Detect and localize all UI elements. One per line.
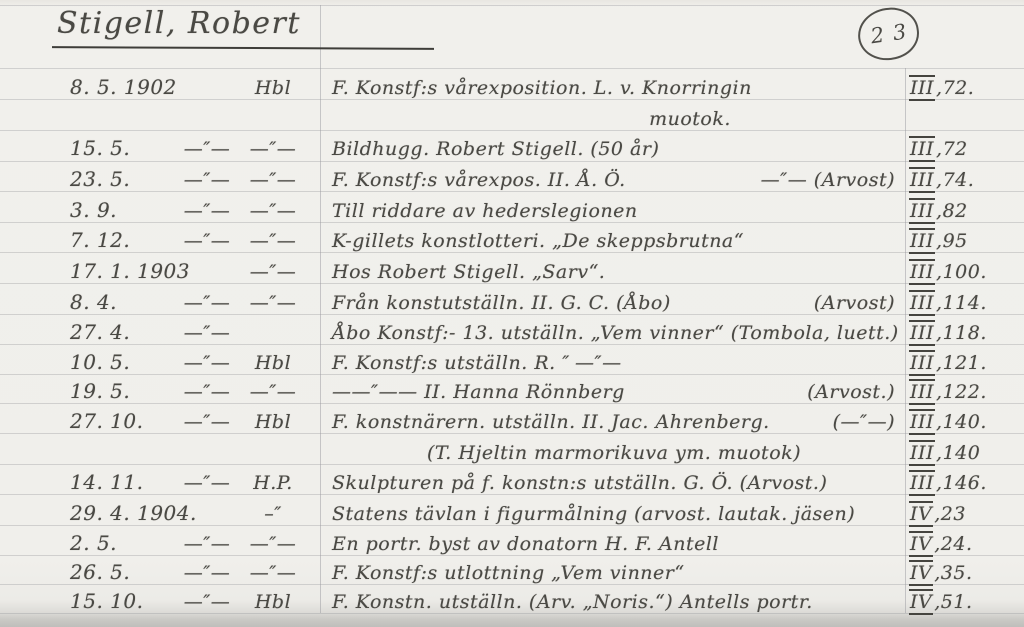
ledger-row: muotok. xyxy=(0,104,1024,131)
entry-reference: IV,24. xyxy=(909,533,973,555)
entry-date: 15. 10. xyxy=(70,589,143,613)
entry-year-ditto: —″— xyxy=(178,352,236,374)
entry-description: F. konstnärern. utställn. II. Jac. Ahren… xyxy=(332,411,770,433)
ledger-page: Stigell, Robert 23 8. 5. 1902HblF. Konst… xyxy=(0,0,1024,627)
entry-source: —″— xyxy=(237,381,309,403)
entry-ref-volume: III xyxy=(909,350,935,376)
entry-source: —″— xyxy=(237,292,309,314)
entry-ref-page: ,95 xyxy=(935,230,968,252)
entry-source: Hbl xyxy=(237,411,309,433)
entry-year-ditto: —″— xyxy=(178,200,236,222)
entry-ref-volume: III xyxy=(909,409,935,435)
page-number: 23 xyxy=(860,18,917,49)
ledger-row: (T. Hjeltin marmorikuva ym. muotok)III,1… xyxy=(0,438,1024,465)
entry-ref-volume: III xyxy=(909,136,935,162)
entry-description: F. Konstf:s vårexpos. II. Å. Ö. xyxy=(332,169,626,191)
entry-ref-page: ,23 xyxy=(933,503,966,525)
entry-ref-page: ,74. xyxy=(935,169,974,191)
entry-ref-page: ,114. xyxy=(935,292,987,314)
entry-date: 15. 5. xyxy=(70,136,130,160)
entry-ref-page: ,82 xyxy=(935,200,968,222)
entry-description: Hos Robert Stigell. „Sarv“. xyxy=(332,261,605,283)
ledger-row: 8. 5. 1902HblF. Konstf:s vårexposition. … xyxy=(0,73,1024,100)
entry-ref-page: ,122. xyxy=(935,381,987,403)
entry-description: K-gillets konstlotteri. „De skeppsbrutna… xyxy=(332,230,744,252)
entry-description: Skulpturen på f. konstn:s utställn. G. Ö… xyxy=(332,472,827,494)
entry-reference: IV,23 xyxy=(909,503,966,525)
entry-date: 27. 4. xyxy=(70,320,130,344)
entry-reference: III,122. xyxy=(909,381,987,403)
entry-date: 23. 5. xyxy=(70,167,130,191)
entry-ref-volume: III xyxy=(909,290,935,316)
entry-reference: IV,51. xyxy=(909,591,973,613)
entry-ref-volume: IV xyxy=(909,560,933,586)
entry-year-ditto: —″— xyxy=(178,138,236,160)
entry-reference: III,114. xyxy=(909,292,987,314)
entry-source: –″ xyxy=(237,503,309,525)
entry-ref-volume: III xyxy=(909,470,935,496)
entry-ref-volume: IV xyxy=(909,589,933,615)
title-underline xyxy=(52,46,434,50)
ledger-row: 27. 4.—″—Åbo Konstf:- 13. utställn. „Vem… xyxy=(0,318,1024,345)
entry-ref-page: ,118. xyxy=(935,322,987,344)
entry-description: F. Konstf:s vårexposition. L. v. Knorrin… xyxy=(332,77,752,99)
entry-year-ditto: —″— xyxy=(178,381,236,403)
entry-ref-page: ,140 xyxy=(935,442,980,464)
entry-description: F. Konstn. utställn. (Arv. „Noris.“) Ant… xyxy=(332,591,813,613)
ledger-row: 26. 5.—″——″—F. Konstf:s utlottning „Vem … xyxy=(0,558,1024,585)
entry-description: (T. Hjeltin marmorikuva ym. muotok) xyxy=(427,442,801,464)
ledger-row: 27. 10.—″—HblF. konstnärern. utställn. I… xyxy=(0,407,1024,434)
entry-date: 8. 4. xyxy=(70,290,117,314)
entry-date: 27. 10. xyxy=(70,409,143,433)
entry-source: Hbl xyxy=(237,352,309,374)
entry-reference: III,72. xyxy=(909,77,974,99)
entry-reference: III,82 xyxy=(909,200,968,222)
entry-description: Statens tävlan i figurmålning (arvost. l… xyxy=(332,503,855,525)
entry-date: 29. 4. 1904. xyxy=(70,501,197,525)
ledger-row: 15. 5.—″——″—Bildhugg. Robert Stigell. (5… xyxy=(0,134,1024,161)
entry-description-continued: muotok. xyxy=(560,108,820,130)
entry-reference: III,72 xyxy=(909,138,968,160)
entry-ref-page: ,24. xyxy=(933,533,972,555)
entry-source: —″— xyxy=(237,169,309,191)
entry-date: 7. 12. xyxy=(70,228,130,252)
ledger-row: 29. 4. 1904.–″Statens tävlan i figurmåln… xyxy=(0,499,1024,526)
entry-ref-page: ,140. xyxy=(935,411,987,433)
entry-date: 3. 9. xyxy=(70,198,117,222)
entry-year-ditto: —″— xyxy=(178,562,236,584)
entry-source: —″— xyxy=(237,200,309,222)
ledger-row: 19. 5.—″——″———″—— II. Hanna Rönnberg(Arv… xyxy=(0,377,1024,404)
ledger-row: 2. 5.—″——″—En portr. byst av donatorn H.… xyxy=(0,529,1024,556)
ledger-row: 14. 11.—″—H.P.Skulpturen på f. konstn:s … xyxy=(0,468,1024,495)
entry-ref-volume: III xyxy=(909,228,935,254)
entry-year-ditto: —″— xyxy=(178,591,236,613)
entry-source: —″— xyxy=(237,230,309,252)
entry-ref-page: ,35. xyxy=(933,562,972,584)
entry-ref-volume: III xyxy=(909,379,935,405)
entry-source: Hbl xyxy=(237,591,309,613)
entry-ref-volume: III xyxy=(909,198,935,224)
ledger-row: 15. 10.—″—HblF. Konstn. utställn. (Arv. … xyxy=(0,587,1024,614)
ledger-row: 10. 5.—″—HblF. Konstf:s utställn. R. ″—″… xyxy=(0,348,1024,375)
entry-reference: III,140. xyxy=(909,411,987,433)
entry-ref-volume: III xyxy=(909,440,935,466)
entry-ref-volume: III xyxy=(909,259,935,285)
entry-ref-page: ,121. xyxy=(935,352,987,374)
entry-description: F. Konstf:s utlottning „Vem vinner“ xyxy=(332,562,685,584)
ledger-row: 3. 9.—″——″—Till riddare av hederslegione… xyxy=(0,196,1024,223)
entry-reference: IV,35. xyxy=(909,562,973,584)
entry-ref-page: ,146. xyxy=(935,472,987,494)
ledger-row: 8. 4.—″——″—Från konstutställn. II. G. C.… xyxy=(0,288,1024,315)
entry-date: 26. 5. xyxy=(70,560,130,584)
entry-source: Hbl xyxy=(237,77,309,99)
entry-year-ditto: —″— xyxy=(178,322,236,344)
entry-date: 14. 11. xyxy=(70,470,143,494)
entry-description: F. Konstf:s utställn. R. ″ xyxy=(332,352,570,374)
entry-description: Från konstutställn. II. G. C. (Åbo) xyxy=(332,292,671,314)
entry-year-ditto: —″— xyxy=(178,472,236,494)
entry-note: —″— (Arvost) xyxy=(761,169,895,191)
entry-ref-page: ,51. xyxy=(933,591,972,613)
entry-note: —″— xyxy=(575,352,622,374)
entry-ref-volume: III xyxy=(909,75,935,101)
entry-reference: III,140 xyxy=(909,442,980,464)
entry-date: 10. 5. xyxy=(70,350,130,374)
entry-date: 17. 1. 1903 xyxy=(70,259,190,283)
entry-source: —″— xyxy=(237,562,309,584)
entry-reference: III,121. xyxy=(909,352,987,374)
entry-reference: III,146. xyxy=(909,472,987,494)
entry-year-ditto: —″— xyxy=(178,533,236,555)
entry-source: —″— xyxy=(237,261,309,283)
entry-ref-volume: III xyxy=(909,167,935,193)
entry-year-ditto: —″— xyxy=(178,411,236,433)
entry-note: (—″—) xyxy=(833,411,895,433)
ledger-row: 17. 1. 1903—″—Hos Robert Stigell. „Sarv“… xyxy=(0,257,1024,284)
entry-description: ——″—— II. Hanna Rönnberg xyxy=(332,381,625,403)
entry-ref-volume: III xyxy=(909,320,935,346)
page-title: Stigell, Robert xyxy=(57,6,301,41)
ruled-line xyxy=(0,68,1024,69)
entry-ref-volume: IV xyxy=(909,531,933,557)
entry-ref-page: ,72. xyxy=(935,77,974,99)
entry-reference: III,118. xyxy=(909,322,987,344)
entry-date: 2. 5. xyxy=(70,531,117,555)
entry-source: —″— xyxy=(237,138,309,160)
entry-description: En portr. byst av donatorn H. F. Antell xyxy=(332,533,719,555)
entry-note: (Arvost) xyxy=(814,292,895,314)
entry-source: H.P. xyxy=(237,472,309,494)
ledger-row: 7. 12.—″——″—K-gillets konstlotteri. „De … xyxy=(0,226,1024,253)
entry-reference: III,100. xyxy=(909,261,987,283)
entry-reference: III,74. xyxy=(909,169,974,191)
entry-ref-page: ,72 xyxy=(935,138,968,160)
ruled-line xyxy=(0,161,1024,162)
entry-reference: III,95 xyxy=(909,230,968,252)
entry-year-ditto: —″— xyxy=(178,169,236,191)
entry-year-ditto: —″— xyxy=(178,230,236,252)
entry-ref-volume: IV xyxy=(909,501,933,527)
entry-description: Till riddare av hederslegionen xyxy=(332,200,638,222)
page-number-badge: 23 xyxy=(855,4,923,64)
ledger-row: 23. 5.—″——″—F. Konstf:s vårexpos. II. Å.… xyxy=(0,165,1024,192)
entry-description: Åbo Konstf:- 13. utställn. „Vem vinner“ … xyxy=(332,322,899,344)
entry-description: Bildhugg. Robert Stigell. (50 år) xyxy=(332,138,659,160)
entry-date: 8. 5. 1902 xyxy=(70,75,177,99)
entry-source: —″— xyxy=(237,533,309,555)
entry-note: (Arvost.) xyxy=(807,381,895,403)
entry-ref-page: ,100. xyxy=(935,261,987,283)
entry-date: 19. 5. xyxy=(70,379,130,403)
entry-year-ditto: —″— xyxy=(178,292,236,314)
